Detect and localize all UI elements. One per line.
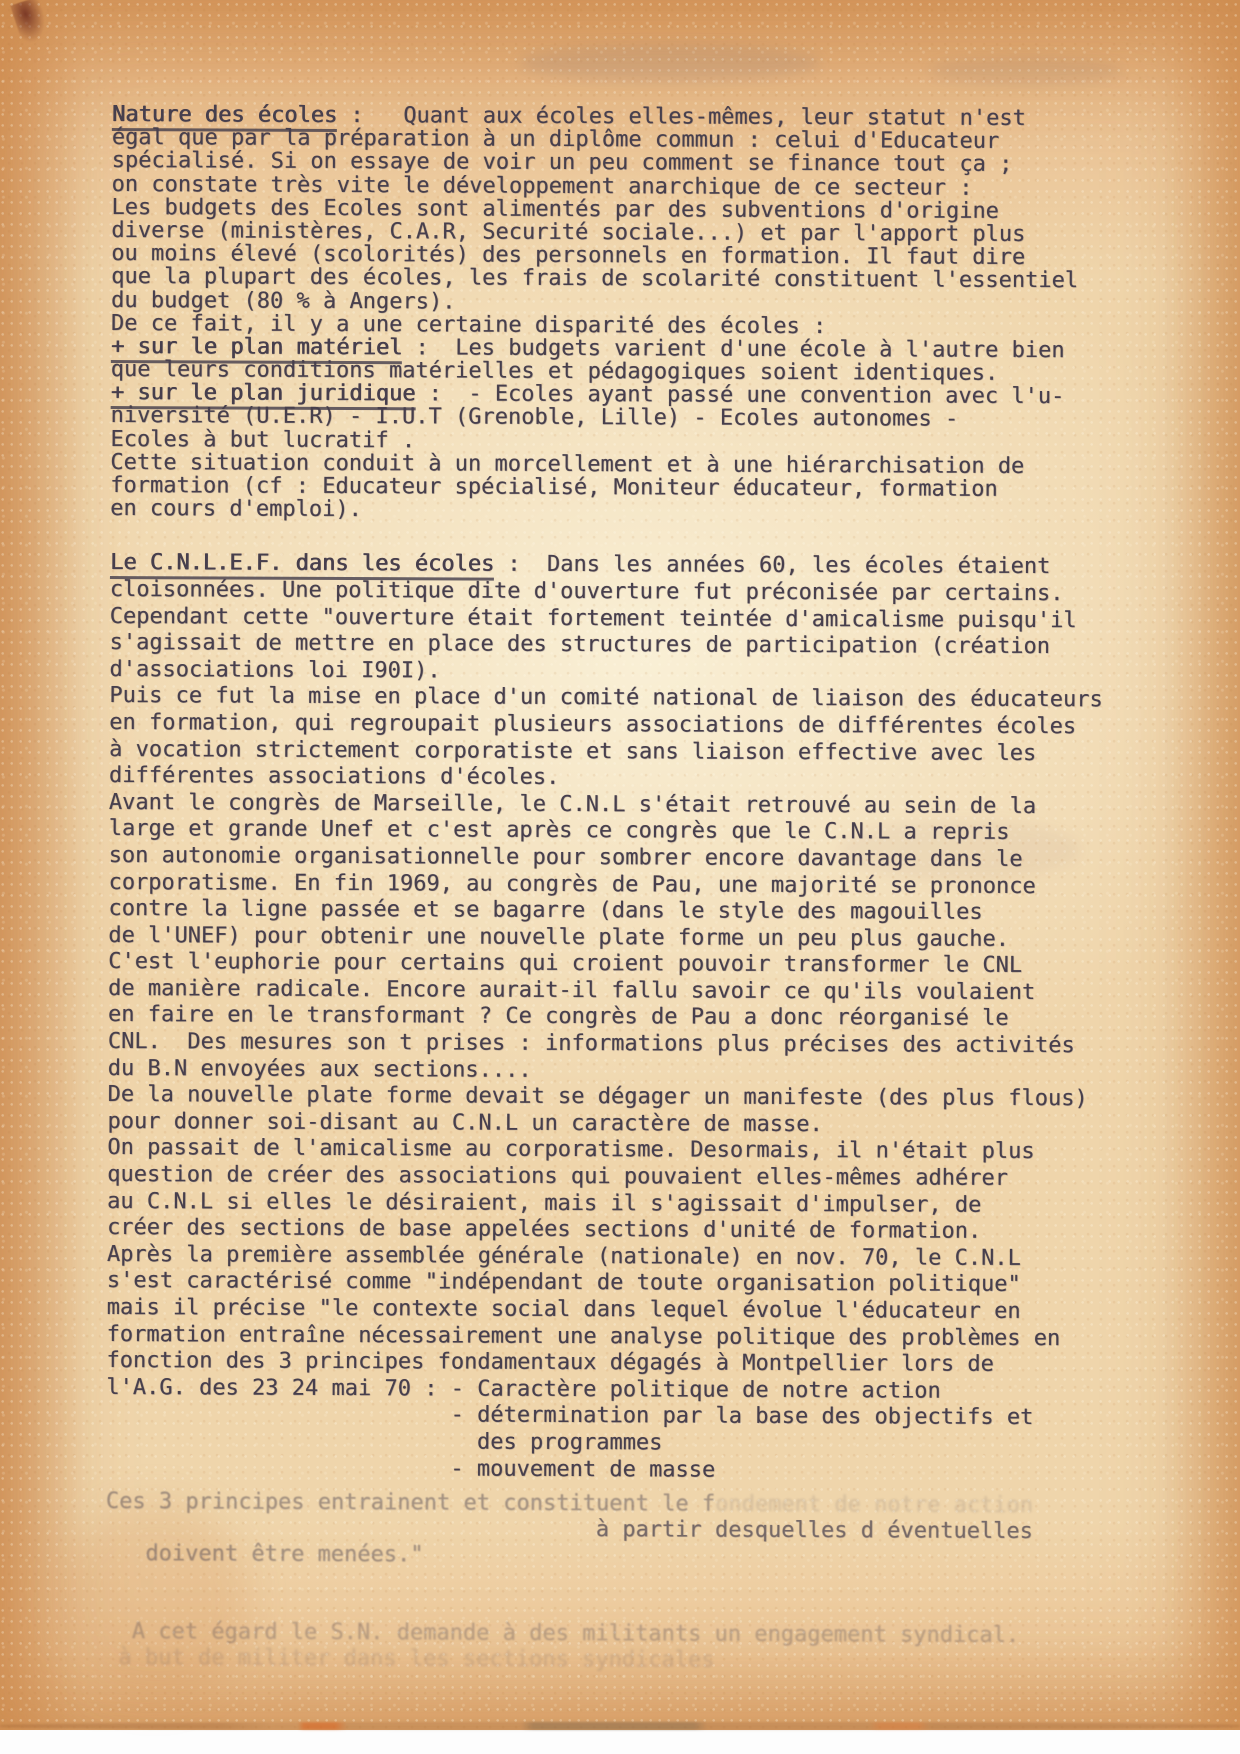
- text-segment: question de créer des associations qui p…: [107, 1162, 1008, 1191]
- text-segment: : Dans les années 60, les écoles étaient: [494, 552, 1050, 579]
- text-segment: différentes associations d'écoles.: [109, 763, 559, 790]
- text-segment: l'A.G. des 23 24 mai 70 : - Caractère po…: [106, 1375, 941, 1404]
- text-segment: Après la première assemblée générale (na…: [107, 1242, 1021, 1271]
- text-segment: à vocation strictement corporatiste et s…: [109, 737, 1036, 766]
- section-nature-des-ecoles: Nature des écoles : Quant aux écoles ell…: [110, 103, 1187, 525]
- text-segment: à but de militer dans les sections syndi…: [105, 1645, 714, 1673]
- text-segment: de manière radicale. Encore aurait-il fa…: [108, 976, 1035, 1005]
- text-segment: s'est caractérisé comme "indépendant de …: [107, 1268, 1021, 1297]
- text-segment: au C.N.L si elles le désiraient, mais il…: [107, 1189, 981, 1218]
- text-segment: A cet égard le S.N. demande à des milita…: [105, 1619, 1019, 1648]
- section-cnlef-dans-les-ecoles: Le C.N.L.E.F. dans les écoles : Dans les…: [106, 550, 1185, 1485]
- text-segment: de l'UNEF) pour obtenir une nouvelle pla…: [108, 923, 1009, 952]
- text-segment: en cours d'emploi).: [110, 496, 362, 522]
- text-segment: [106, 1515, 596, 1542]
- text-segment: s'agissait de mettre en place des struct…: [110, 630, 1051, 659]
- text-segment: On passait de l'amicalisme au corporatis…: [107, 1135, 1034, 1164]
- text-segment: De la nouvelle plate forme devait se dég…: [108, 1082, 1088, 1111]
- text-segment: Ces 3 principes entrainent et constituen…: [106, 1489, 715, 1517]
- text-segment: Cependant cette "ouverture était forteme…: [110, 604, 1077, 633]
- text-segment: - mouvement de masse: [106, 1455, 715, 1483]
- text-segment: C'est l'euphorie pour certains qui croie…: [108, 949, 1022, 978]
- text-segment: - détermination par la base des objectif…: [106, 1401, 1033, 1430]
- text-segment: [106, 1541, 146, 1566]
- text-segment: Avant le congrès de Marseille, le C.N.L …: [109, 790, 1036, 819]
- text-segment: pour donner soi-disant au C.N.L un carac…: [108, 1109, 823, 1137]
- text-line: à but de militer dans les sections syndi…: [105, 1645, 1180, 1676]
- scanned-document-text: Nature des écoles : Quant aux écoles ell…: [105, 103, 1187, 1676]
- text-segment: du B.N envoyées aux sections....: [108, 1056, 532, 1083]
- text-segment: Puis ce fut la mise en place d'un comité…: [109, 683, 1102, 712]
- text-segment: ondement de notre action: [715, 1492, 1033, 1518]
- text-segment: CNL. Des mesures son t prises : informat…: [108, 1029, 1075, 1058]
- text-segment: en faire en le transformant ? Ce congrès…: [108, 1002, 1009, 1031]
- text-segment: fonction des 3 principes fondamentaux dé…: [106, 1348, 994, 1377]
- text-segment: mais il précise "le contexte social dans…: [107, 1295, 1021, 1324]
- text-segment: d'associations loi I90I).: [109, 657, 440, 683]
- text-line: - mouvement de masse: [106, 1455, 1181, 1486]
- paper-bottom-edge: [0, 1722, 1240, 1730]
- text-line: en cours d'emploi).: [110, 497, 1185, 525]
- text-segment: créer des sections de base appelées sect…: [107, 1215, 981, 1244]
- text-segment: doivent être menées.": [145, 1541, 423, 1567]
- text-segment: large et grande Unef et c'est après ce c…: [109, 816, 1010, 845]
- text-segment: en formation, qui regroupait plusieurs a…: [109, 710, 1076, 739]
- text-segment: des programmes: [106, 1428, 662, 1455]
- text-segment: Ecoles à but lucratif .: [110, 427, 415, 453]
- text-line: doivent être menées.": [106, 1541, 1181, 1572]
- text-segment: contre la ligne passée et se bagarre (da…: [108, 896, 982, 925]
- text-segment: cloisonnées. Une politique dite d'ouvert…: [110, 577, 1064, 606]
- text-segment: à partir desquelles d éventuelles: [596, 1517, 1033, 1544]
- text-segment: corporatisme. En fin 1969, au congrès de…: [109, 869, 1036, 898]
- text-segment: son autonomie organisationnelle pour som…: [109, 843, 1023, 872]
- text-segment: formation entraîne nécessairement une an…: [107, 1322, 1061, 1351]
- section-faded-footer: Ces 3 principes entrainent et constituen…: [105, 1489, 1181, 1676]
